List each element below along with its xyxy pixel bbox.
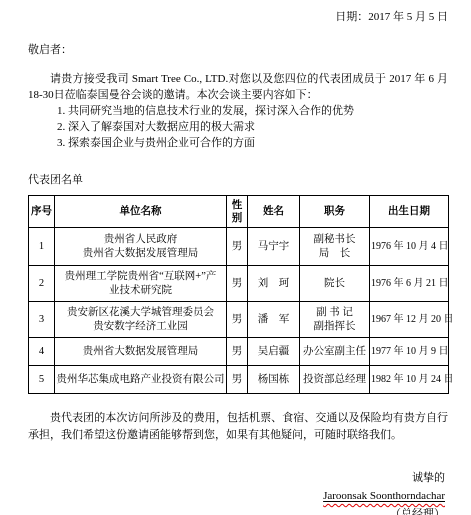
date-line: 日期：2017 年 5 月 5 日 xyxy=(28,8,448,24)
signatory-title: （总经理） xyxy=(28,506,445,515)
cell-title: 副秘书长局 长 xyxy=(300,228,370,266)
table-row: 3贵安新区花溪大学城管理委员会贵安数字经济工业园男潘 军副 书 记副指挥长196… xyxy=(29,302,449,338)
cell-title: 院长 xyxy=(300,266,370,302)
table-header-cell: 姓名 xyxy=(248,196,300,228)
cell-title: 副 书 记副指挥长 xyxy=(300,302,370,338)
cell-no: 4 xyxy=(29,338,55,366)
cell-gender: 男 xyxy=(227,302,248,338)
cell-dob: 1982 年 10 月 24 日 xyxy=(370,366,449,394)
delegation-list-title: 代表团名单 xyxy=(28,171,448,187)
cell-gender: 男 xyxy=(227,228,248,266)
agenda-item: 2. 深入了解泰国对大数据应用的极大需求 xyxy=(57,119,448,135)
cell-name: 刘 珂 xyxy=(248,266,300,302)
cell-gender: 男 xyxy=(227,266,248,302)
cell-unit: 贵州华芯集成电路产业投资有限公司 xyxy=(55,366,227,394)
table-header-cell: 职务 xyxy=(300,196,370,228)
signature-block: 诚挚的 Jaroonsak Soonthorndachar （总经理） xyxy=(28,470,448,515)
cell-dob: 1977 年 10 月 9 日 xyxy=(370,338,449,366)
cell-no: 2 xyxy=(29,266,55,302)
cell-unit: 贵安新区花溪大学城管理委员会贵安数字经济工业园 xyxy=(55,302,227,338)
agenda-item: 3. 探索泰国企业与贵州企业可合作的方面 xyxy=(57,135,448,151)
signatory-name-text: Jaroonsak Soonthorndachar xyxy=(323,490,445,502)
cell-no: 1 xyxy=(29,228,55,266)
cell-title: 投资部总经理 xyxy=(300,366,370,394)
table-header-cell: 出生日期 xyxy=(370,196,449,228)
cell-name: 吴启疆 xyxy=(248,338,300,366)
table-row: 1贵州省人民政府贵州省大数据发展管理局男马宁宇副秘书长局 长1976 年 10 … xyxy=(29,228,449,266)
cell-unit: 贵州省大数据发展管理局 xyxy=(55,338,227,366)
cell-gender: 男 xyxy=(227,366,248,394)
cell-title: 办公室副主任 xyxy=(300,338,370,366)
cell-no: 3 xyxy=(29,302,55,338)
cell-unit: 贵州省人民政府贵州省大数据发展管理局 xyxy=(55,228,227,266)
agenda-list: 1. 共同研究当地的信息技术行业的发展，探讨深入合作的优势2. 深入了解泰国对大… xyxy=(57,103,448,151)
document-page: 日期：2017 年 5 月 5 日 敬启者： 请贵方接受我司 Smart Tre… xyxy=(0,0,471,515)
valediction: 诚挚的 xyxy=(28,470,445,487)
cell-no: 5 xyxy=(29,366,55,394)
closing-paragraph: 贵代表团的本次访问所涉及的费用，包括机票、食宿、交通以及保险均有贵方自行承担，我… xyxy=(28,410,448,444)
salutation: 敬启者： xyxy=(28,41,448,57)
table-row: 5贵州华芯集成电路产业投资有限公司男杨国栋投资部总经理1982 年 10 月 2… xyxy=(29,366,449,394)
table-header-cell: 序号 xyxy=(29,196,55,228)
cell-name: 潘 军 xyxy=(248,302,300,338)
cell-dob: 1967 年 12 月 20 日 xyxy=(370,302,449,338)
intro-paragraph: 请贵方接受我司 Smart Tree Co., LTD.对您以及您四位的代表团成… xyxy=(28,71,448,103)
cell-unit: 贵州理工学院贵州省“互联网+”产业技术研究院 xyxy=(55,266,227,302)
agenda-item: 1. 共同研究当地的信息技术行业的发展，探讨深入合作的优势 xyxy=(57,103,448,119)
cell-dob: 1976 年 10 月 4 日 xyxy=(370,228,449,266)
cell-gender: 男 xyxy=(227,338,248,366)
table-header-cell: 单位名称 xyxy=(55,196,227,228)
delegation-table-body: 1贵州省人民政府贵州省大数据发展管理局男马宁宇副秘书长局 长1976 年 10 … xyxy=(29,228,449,394)
cell-name: 马宁宇 xyxy=(248,228,300,266)
table-header-row: 序号单位名称性别姓名职务出生日期 xyxy=(29,196,449,228)
delegation-table: 序号单位名称性别姓名职务出生日期 1贵州省人民政府贵州省大数据发展管理局男马宁宇… xyxy=(28,195,449,394)
cell-dob: 1976 年 6 月 21 日 xyxy=(370,266,449,302)
signatory-name: Jaroonsak Soonthorndachar xyxy=(28,488,445,505)
table-row: 4贵州省大数据发展管理局男吴启疆办公室副主任1977 年 10 月 9 日 xyxy=(29,338,449,366)
table-row: 2贵州理工学院贵州省“互联网+”产业技术研究院男刘 珂院长1976 年 6 月 … xyxy=(29,266,449,302)
cell-name: 杨国栋 xyxy=(248,366,300,394)
table-header-cell: 性别 xyxy=(227,196,248,228)
